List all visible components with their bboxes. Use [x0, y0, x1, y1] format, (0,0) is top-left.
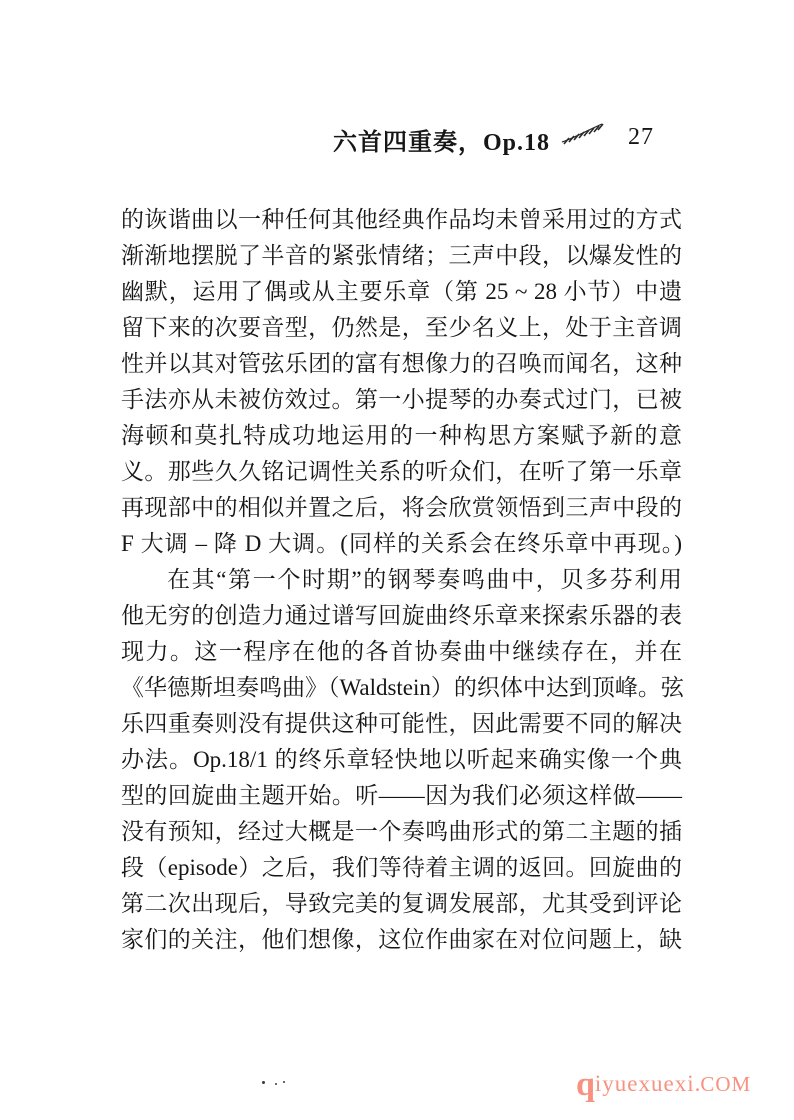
- text-line: 型的回旋曲主题开始。听——因为我们必须这样做——: [121, 778, 682, 814]
- scan-speck: [327, 821, 330, 824]
- text-line: 《华德斯坦奏鸣曲》（Waldstein）的织体中达到顶峰。弦: [121, 670, 682, 706]
- scan-speck: [275, 1083, 277, 1085]
- text-line: 手法亦从未被仿效过。第一小提琴的办奏式过门，已被: [121, 382, 682, 418]
- text-line: 乐四重奏则没有提供这种可能性，因此需要不同的解决: [121, 706, 682, 742]
- watermark-initial: q: [576, 1066, 595, 1103]
- text-line: 再现部中的相似并置之后，将会欣赏领悟到三声中段的: [121, 490, 682, 526]
- text-line: 渐渐地摆脱了半音的紧张情绪；三声中段，以爆发性的: [121, 238, 682, 274]
- paragraph: 的诙谐曲以一种任何其他经典作品均未曾采用过的方式渐渐地摆脱了半音的紧张情绪；三声…: [121, 202, 682, 562]
- text-line: 义。那些久久铭记调性关系的听众们，在听了第一乐章: [121, 454, 682, 490]
- pen-squiggle-mark: [560, 121, 604, 145]
- text-line: 海顿和莫扎特成功地运用的一种构思方案赋予新的意: [121, 418, 682, 454]
- text-line: 幽默，运用了偶或从主要乐章（第 25 ~ 28 小节）中遗: [121, 274, 682, 310]
- text-line: 性并以其对管弦乐团的富有想像力的召唤而闻名，这种: [121, 346, 682, 382]
- text-line: 的诙谐曲以一种任何其他经典作品均未曾采用过的方式: [121, 202, 682, 238]
- page-number: 27: [628, 124, 654, 151]
- paragraph: 在其“第一个时期”的钢琴奏鸣曲中，贝多芬利用他无穷的创造力通过谱写回旋曲终乐章来…: [121, 562, 682, 958]
- text-line: 办法。Op.18/1 的终乐章轻快地以听起来确实像一个典: [121, 742, 682, 778]
- body-text: 的诙谐曲以一种任何其他经典作品均未曾采用过的方式渐渐地摆脱了半音的紧张情绪；三声…: [121, 202, 682, 958]
- text-line: 留下来的次要音型，仍然是，至少名义上，处于主音调: [121, 310, 682, 346]
- text-line: 现力。这一程序在他的各首协奏曲中继续存在，并在: [121, 634, 682, 670]
- book-page: 六首四重奏，Op.18 27 的诙谐曲以一种任何其他经典作品均未曾采用过的方式渐…: [0, 0, 794, 1120]
- text-line: 段（episode）之后，我们等待着主调的返回。回旋曲的: [121, 850, 682, 886]
- text-line: 没有预知，经过大概是一个奏鸣曲形式的第二主题的插: [121, 814, 682, 850]
- text-line: 家们的关注，他们想像，这位作曲家在对位问题上，缺: [121, 922, 682, 958]
- running-title: 六首四重奏，Op.18: [333, 122, 550, 157]
- watermark: qiyuexuexi.COM: [576, 1066, 751, 1104]
- text-line: 他无穷的创造力通过谱写回旋曲终乐章来探索乐器的表: [121, 598, 682, 634]
- scan-speck: [262, 1081, 265, 1084]
- text-line: 在其“第一个时期”的钢琴奏鸣曲中，贝多芬利用: [121, 562, 682, 598]
- text-line: F 大调 – 降 D 大调。(同样的关系会在终乐章中再现。): [121, 526, 682, 562]
- text-line: 第二次出现后，导致完美的复调发展部，尤其受到评论: [121, 886, 682, 922]
- scan-speck: [283, 1081, 285, 1083]
- watermark-tld: COM: [700, 1072, 751, 1096]
- watermark-rest: iyuexuexi: [595, 1071, 695, 1096]
